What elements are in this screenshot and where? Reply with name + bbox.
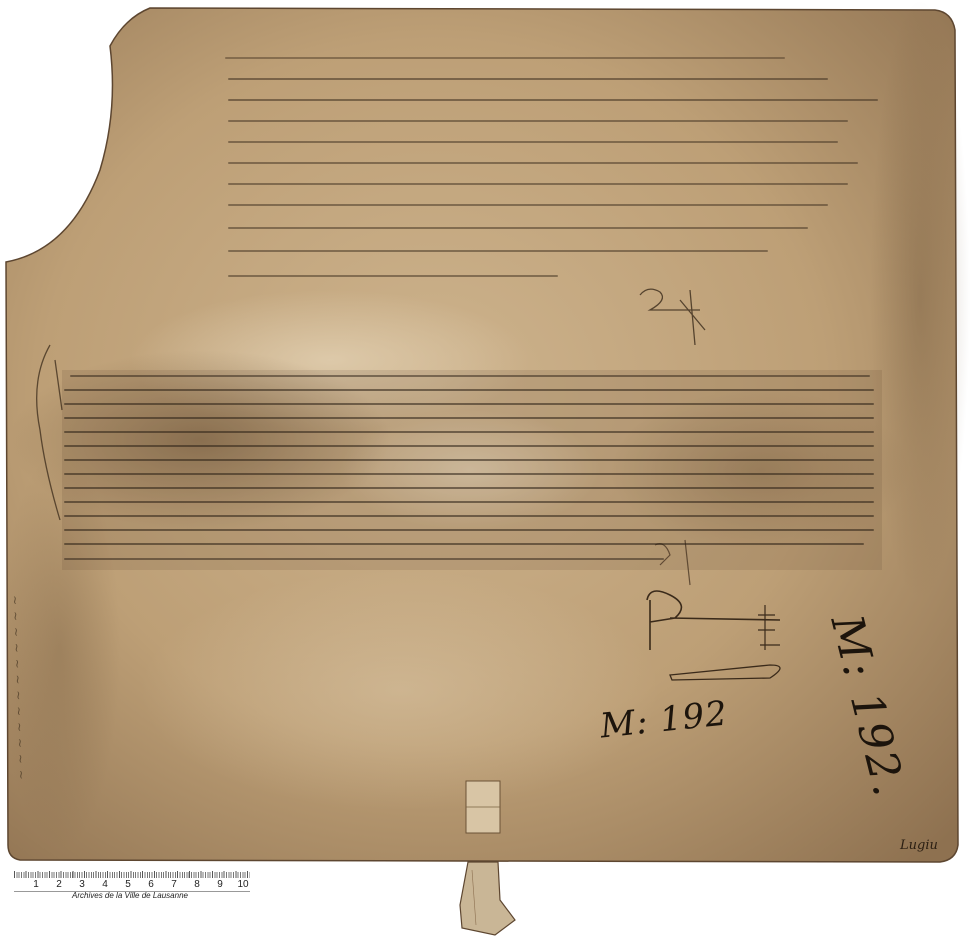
ruler-label: 6 [148, 879, 154, 890]
corner-signature: Lugiu [900, 838, 938, 853]
ruler-major-ticks [14, 871, 250, 878]
ruler-label: 10 [237, 879, 248, 890]
ruler-label: 1 [33, 879, 39, 890]
ruler-label: 7 [171, 879, 177, 890]
archive-caption: Archives de la Ville de Lausanne [0, 891, 260, 900]
ruler-label: 5 [125, 879, 131, 890]
ruler-label: 3 [79, 879, 85, 890]
ruler-label: 4 [102, 879, 108, 890]
ruler-labels: 1 2 3 4 5 6 7 8 9 10 [14, 879, 250, 891]
ruler-label: 9 [217, 879, 223, 890]
document-image: M: 192 M: 192. Lugiu ~ ~ ~ ~ ~ ~ ~ ~ ~ ~… [0, 0, 970, 943]
ruler-label: 8 [194, 879, 200, 890]
ruler-label: 2 [56, 879, 62, 890]
